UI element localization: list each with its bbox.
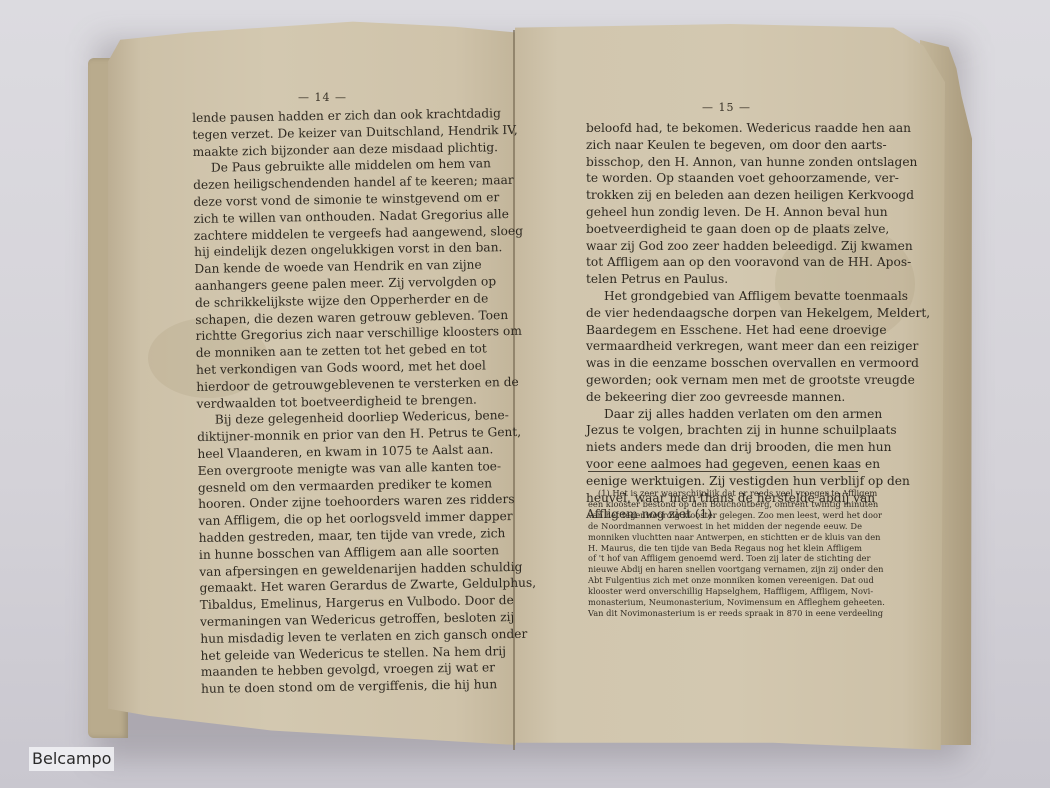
footnote-line: Abt Fulgentius zich met onze monniken ko…	[588, 575, 862, 586]
text-line: boetveerdigheid te gaan doen op de plaat…	[586, 221, 858, 238]
right-page-body: beloofd had, te bekomen. Wedericus raadd…	[586, 120, 858, 523]
text-line: vermaardheid verkregen, want meer dan ee…	[586, 338, 858, 355]
text-line: bisschop, den H. Annon, van hunne zonden…	[586, 154, 858, 171]
watermark-label: Belcampo	[29, 747, 114, 771]
footnote-line: een klooster bestond op den Bouchoutberg…	[588, 499, 862, 510]
footnote: (1) Het is zeer waarschijnlijk dat er re…	[588, 488, 862, 619]
text-line: eenige werktuigen. Zij vestigden hun ver…	[586, 473, 858, 490]
footnote-line: van het tegenwoordig klooster gelegen. Z…	[588, 510, 862, 521]
text-line: was in die eenzame bosschen overvallen e…	[586, 355, 858, 372]
text-line: geworden; ook vernam men met de grootste…	[586, 372, 858, 389]
text-line: beloofd had, te bekomen. Wedericus raadd…	[586, 120, 858, 137]
right-page-number: — 15 —	[702, 101, 751, 114]
book-spine	[513, 30, 515, 750]
footnote-line: of 't hof van Affligem genoemd werd. Toe…	[588, 553, 862, 564]
text-line: telen Petrus en Paulus.	[586, 271, 858, 288]
text-line: trokken zij en beleden aan dezen heilige…	[586, 187, 858, 204]
text-line: te worden. Op staanden voet gehoorzamend…	[586, 170, 858, 187]
footnote-line: monniken vluchtten naar Antwerpen, en st…	[588, 532, 862, 543]
text-line: waar zij God zoo zeer hadden beleedigd. …	[586, 238, 858, 255]
footnote-line: monasterium, Neumonasterium, Novimensum …	[588, 597, 862, 608]
text-line: zich naar Keulen te begeven, om door den…	[586, 137, 858, 154]
text-line: Baardegem en Esschene. Het had eene droe…	[586, 322, 858, 339]
footnote-line: nieuwe Abdij en haren snellen voortgang …	[588, 564, 862, 575]
footnote-line: H. Maurus, die ten tijde van Beda Regaus…	[588, 543, 862, 554]
footnote-divider	[588, 471, 858, 472]
footnote-line: de Noordmannen verwoest in het midden de…	[588, 521, 862, 532]
footnote-line: Van dit Novimonasterium is er reeds spra…	[588, 608, 862, 619]
left-page-body: lende pausen hadden er zich dan ook krac…	[192, 106, 471, 698]
text-line: de vier hedendaagsche dorpen van Hekelge…	[586, 305, 858, 322]
footnote-line: klooster werd onverschillig Hapselghem, …	[588, 586, 862, 597]
text-line: niets anders mede dan drij brooden, die …	[586, 439, 858, 456]
text-line: Het grondgebied van Affligem bevatte toe…	[586, 288, 858, 305]
footnote-line: (1) Het is zeer waarschijnlijk dat er re…	[588, 488, 862, 499]
text-line: geheel hun zondig leven. De H. Annon bev…	[586, 204, 858, 221]
text-line: Jezus te volgen, brachten zij in hunne s…	[586, 422, 858, 439]
left-page-number: — 14 —	[298, 91, 347, 104]
text-line: Daar zij alles hadden verlaten om den ar…	[586, 406, 858, 423]
text-line: tot Affligem aan op den vooravond van de…	[586, 254, 858, 271]
text-line: de bekeering dier zoo gevreesde mannen.	[586, 389, 858, 406]
